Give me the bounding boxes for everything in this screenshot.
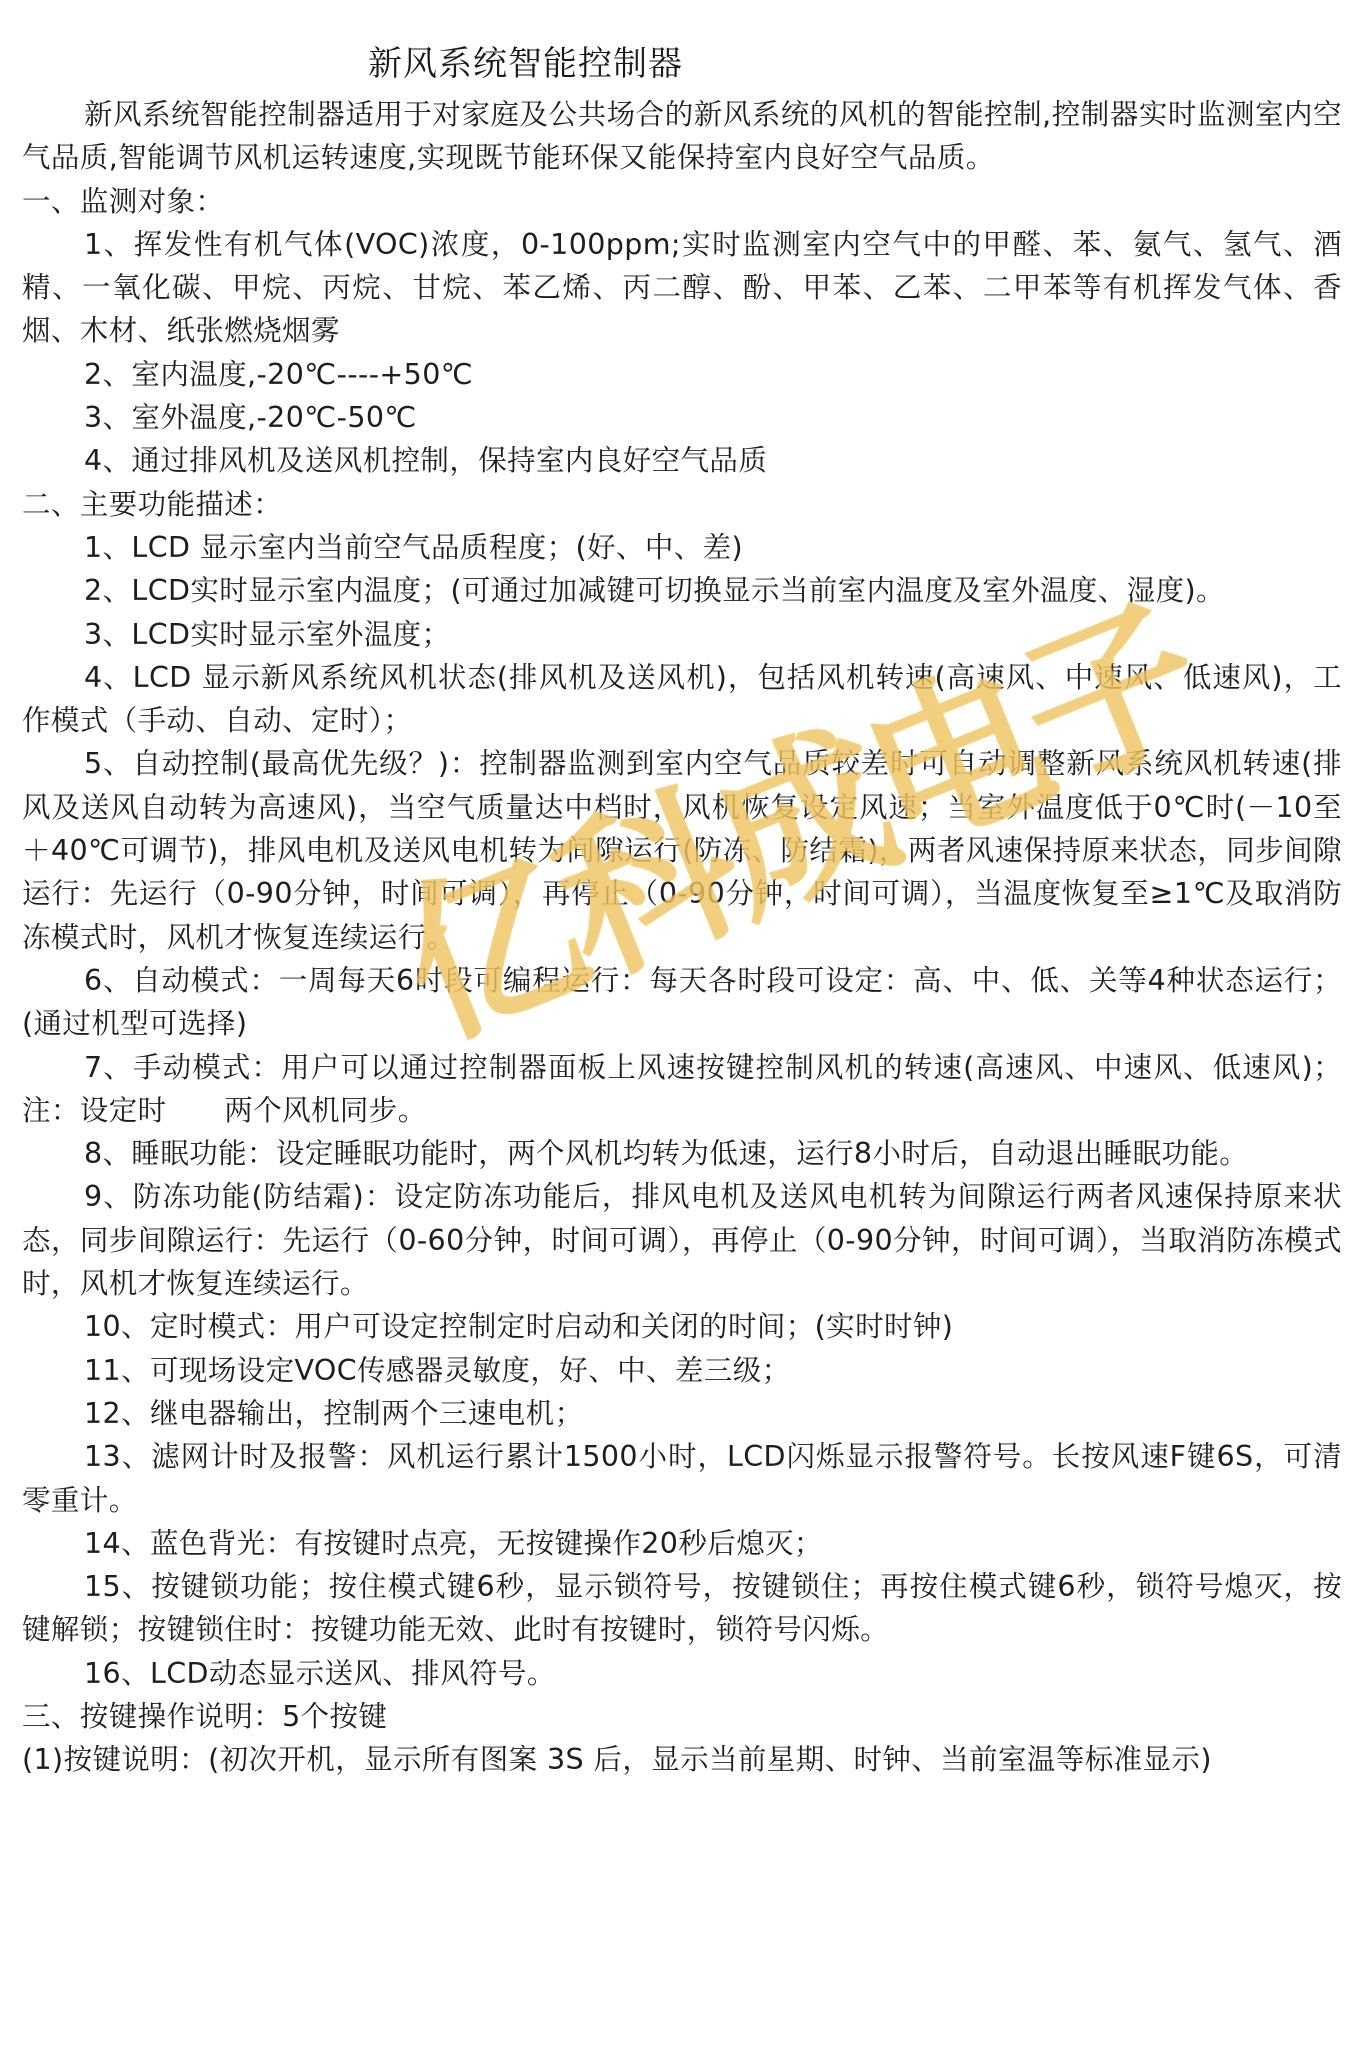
function-item: 2、LCD实时显示室内温度；(可通过加减键可切换显示当前室内温度及室外温度、湿度…: [22, 569, 1342, 612]
function-item: 6、自动模式：一周每天6时段可编程运行：每天各时段可设定：高、中、低、关等4种状…: [22, 959, 1342, 1046]
function-item: 12、继电器输出，控制两个三速电机；: [22, 1392, 1342, 1435]
function-item: 7、手动模式：用户可以通过控制器面板上风速按键控制风机的转速(高速风、中速风、低…: [22, 1046, 1342, 1133]
function-item: 8、睡眠功能：设定睡眠功能时，两个风机均转为低速，运行8小时后，自动退出睡眠功能…: [22, 1132, 1342, 1175]
section-heading-monitoring: 一、监测对象：: [22, 180, 1342, 223]
function-item: 11、可现场设定VOC传感器灵敏度，好、中、差三级；: [22, 1349, 1342, 1392]
intro-paragraph: 新风系统智能控制器适用于对家庭及公共场合的新风系统的风机的智能控制,控制器实时监…: [22, 93, 1342, 180]
function-item: 15、按键锁功能；按住模式键6秒，显示锁符号，按键锁住；再按住模式键6秒，锁符号…: [22, 1565, 1342, 1652]
function-item: 10、定时模式：用户可设定控制定时启动和关闭的时间；(实时时钟): [22, 1305, 1342, 1348]
section-heading-functions: 二、主要功能描述：: [22, 483, 1342, 526]
function-item: 3、LCD实时显示室外温度；: [22, 613, 1342, 656]
key-description-item: (1)按键说明：(初次开机，显示所有图案 3S 后，显示当前星期、时钟、当前室温…: [22, 1738, 1342, 1781]
function-item: 9、防冻功能(防结霜)：设定防冻功能后，排风电机及送风电机转为间隙运行两者风速保…: [22, 1175, 1342, 1305]
function-item: 16、LCD动态显示送风、排风符号。: [22, 1652, 1342, 1695]
function-item: 1、LCD 显示室内当前空气品质程度；(好、中、差): [22, 526, 1342, 569]
function-item: 5、自动控制(最高优先级？)：控制器监测到室内空气品质较差时可自动调整新风系统风…: [22, 742, 1342, 958]
section-heading-keys: 三、按键操作说明：5个按键: [22, 1695, 1342, 1738]
function-item: 13、滤网计时及报警：风机运行累计1500小时，LCD闪烁显示报警符号。长按风速…: [22, 1435, 1342, 1522]
function-item: 14、蓝色背光：有按键时点亮，无按键操作20秒后熄灭；: [22, 1522, 1342, 1565]
document-body: 新风系统智能控制器适用于对家庭及公共场合的新风系统的风机的智能控制,控制器实时监…: [22, 93, 1342, 1782]
monitoring-item: 2、室内温度,-20℃----+50℃: [22, 353, 1342, 396]
function-item: 4、LCD 显示新风系统风机状态(排风机及送风机)，包括风机转速(高速风、中速风…: [22, 656, 1342, 743]
monitoring-item: 3、室外温度,-20℃-50℃: [22, 396, 1342, 439]
monitoring-item: 1、挥发性有机气体(VOC)浓度，0-100ppm;实时监测室内空气中的甲醛、苯…: [22, 223, 1342, 353]
monitoring-item: 4、通过排风机及送风机控制，保持室内良好空气品质: [22, 439, 1342, 482]
document-page: 新风系统智能控制器 新风系统智能控制器适用于对家庭及公共场合的新风系统的风机的智…: [0, 0, 1361, 2061]
document-title: 新风系统智能控制器: [368, 42, 683, 86]
